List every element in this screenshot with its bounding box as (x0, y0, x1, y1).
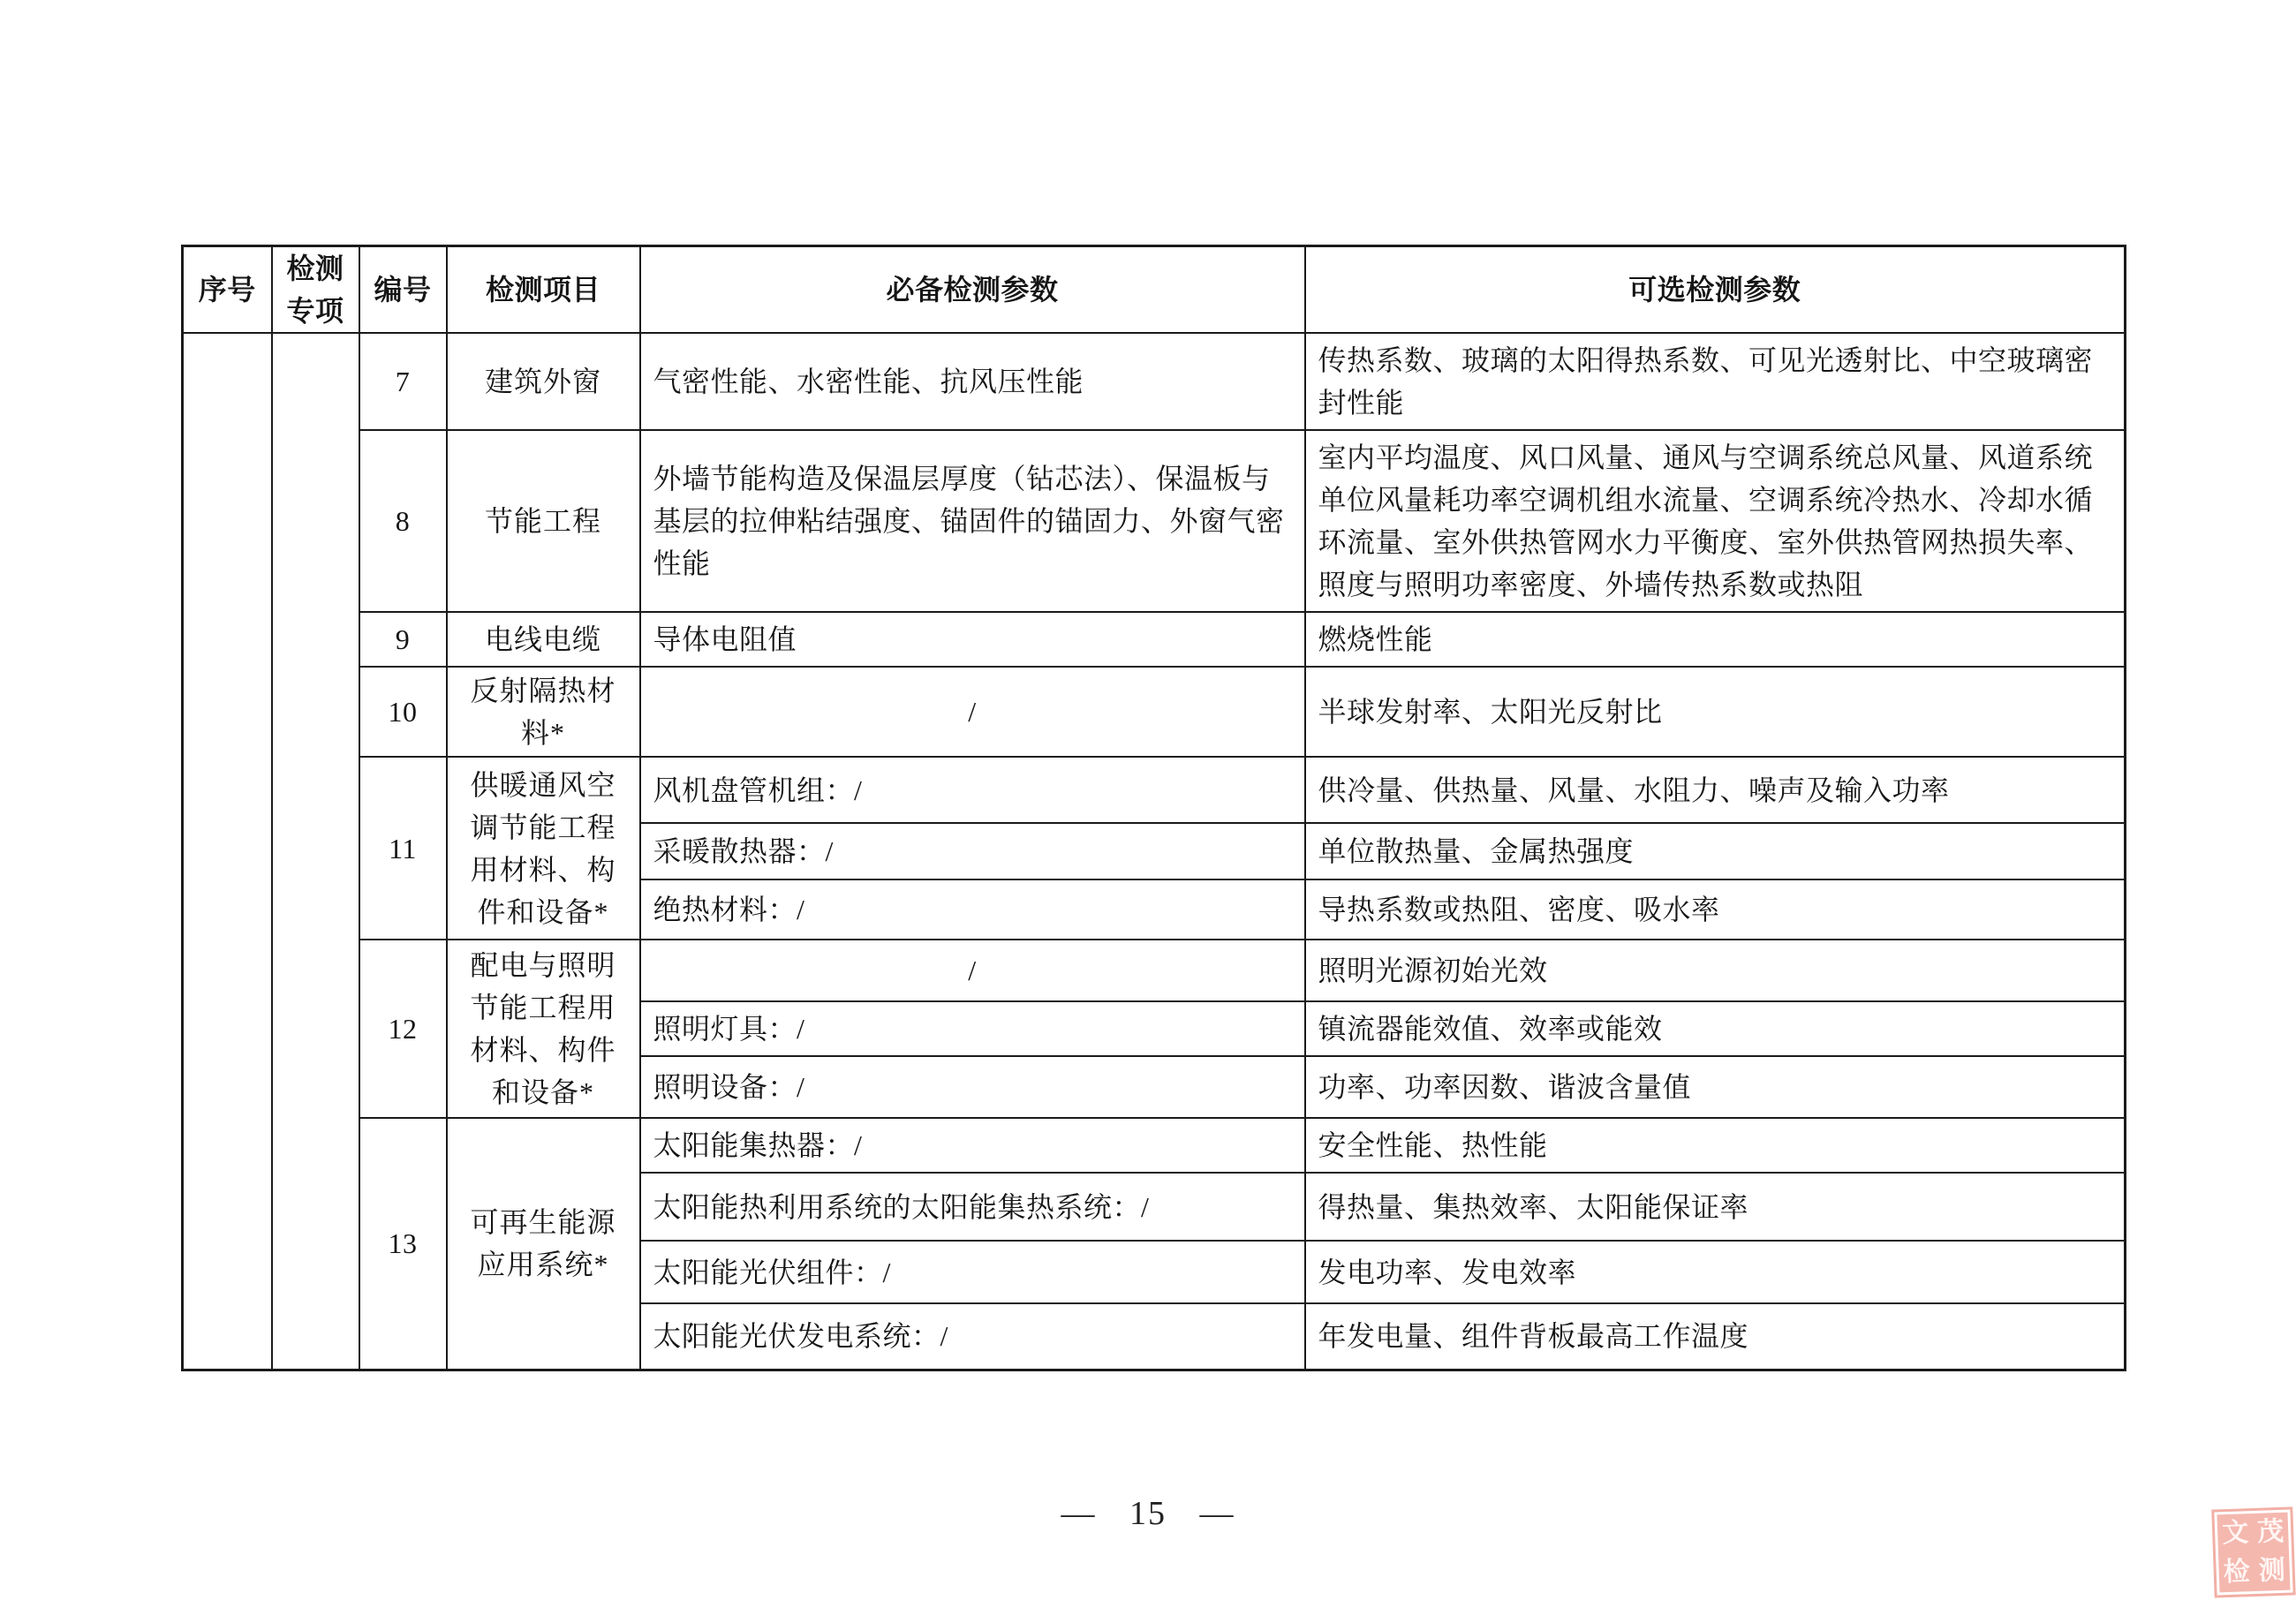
stamp-char: 文 (2222, 1520, 2249, 1547)
col-header-no: 编号 (359, 246, 447, 334)
cell-item-name: 可再生能源应用系统* (447, 1118, 640, 1370)
cell-required-params-slash: / (640, 667, 1305, 757)
cell-required-params: 太阳能热利用系统的太阳能集热系统：/ (640, 1173, 1305, 1241)
cell-seq-group-empty (183, 333, 272, 1370)
stamp-char: 茂 (2257, 1519, 2285, 1546)
cell-optional-params: 功率、功率因数、谐波含量值 (1305, 1056, 2126, 1118)
cell-item-name: 供暖通风空调节能工程用材料、构件和设备* (447, 757, 640, 940)
cell-required-params: 外墙节能构造及保温层厚度（钻芯法）、保温板与基层的拉伸粘结强度、锚固件的锚固力、… (640, 430, 1305, 612)
cell-row-no: 12 (359, 940, 447, 1118)
cell-row-no: 7 (359, 333, 447, 430)
cell-required-params: 风机盘管机组：/ (640, 757, 1305, 823)
cell-optional-params: 燃烧性能 (1305, 612, 2126, 667)
cell-optional-params: 发电功率、发电效率 (1305, 1241, 2126, 1303)
table-row: 9 电线电缆 导体电阻值 燃烧性能 (183, 612, 2126, 667)
table-row: 12 配电与照明节能工程用材料、构件和设备* / 照明光源初始光效 (183, 940, 2126, 1001)
cell-row-no: 10 (359, 667, 447, 757)
company-seal-stamp-face: 文 茂 检 测 (2217, 1513, 2290, 1593)
cell-item-name: 配电与照明节能工程用材料、构件和设备* (447, 940, 640, 1118)
table-row: 13 可再生能源应用系统* 太阳能集热器：/ 安全性能、热性能 (183, 1118, 2126, 1173)
cell-optional-params: 单位散热量、金属热强度 (1305, 823, 2126, 879)
cell-optional-params: 照明光源初始光效 (1305, 940, 2126, 1001)
cell-optional-params: 年发电量、组件背板最高工作温度 (1305, 1303, 2126, 1370)
cell-required-params: 照明设备：/ (640, 1056, 1305, 1118)
cell-optional-params: 镇流器能效值、效率或能效 (1305, 1001, 2126, 1056)
stamp-char: 检 (2223, 1559, 2250, 1586)
col-header-seq: 序号 (183, 246, 272, 334)
cell-required-params: 照明灯具：/ (640, 1001, 1305, 1056)
inspection-parameters-table-wrap: 序号 检测专项 编号 检测项目 必备检测参数 可选检测参数 7 建筑外窗 气密性… (181, 245, 2126, 1371)
cell-required-params: 采暖散热器：/ (640, 823, 1305, 879)
document-page: { "table": { "headers": { "seq": "序号", "… (0, 0, 2296, 1623)
table-row: 10 反射隔热材料* / 半球发射率、太阳光反射比 (183, 667, 2126, 757)
cell-row-no: 11 (359, 757, 447, 940)
table-row: 11 供暖通风空调节能工程用材料、构件和设备* 风机盘管机组：/ 供冷量、供热量… (183, 757, 2126, 823)
cell-item-name: 反射隔热材料* (447, 667, 640, 757)
stamp-char: 测 (2258, 1558, 2285, 1585)
cell-required-params: 太阳能光伏组件：/ (640, 1241, 1305, 1303)
cell-optional-params: 得热量、集热效率、太阳能保证率 (1305, 1173, 2126, 1241)
company-seal-stamp: 文 茂 检 测 (2211, 1506, 2295, 1597)
page-number: — 15 — (0, 1494, 2296, 1533)
cell-row-no: 9 (359, 612, 447, 667)
cell-optional-params: 室内平均温度、风口风量、通风与空调系统总风量、风道系统单位风量耗功率空调机组水流… (1305, 430, 2126, 612)
cell-optional-params: 传热系数、玻璃的太阳得热系数、可见光透射比、中空玻璃密封性能 (1305, 333, 2126, 430)
cell-item-name: 建筑外窗 (447, 333, 640, 430)
col-header-special: 检测专项 (272, 246, 359, 334)
cell-required-params: 气密性能、水密性能、抗风压性能 (640, 333, 1305, 430)
table-row: 8 节能工程 外墙节能构造及保温层厚度（钻芯法）、保温板与基层的拉伸粘结强度、锚… (183, 430, 2126, 612)
col-header-required: 必备检测参数 (640, 246, 1305, 334)
cell-optional-params: 安全性能、热性能 (1305, 1118, 2126, 1173)
cell-optional-params: 供冷量、供热量、风量、水阻力、噪声及输入功率 (1305, 757, 2126, 823)
inspection-parameters-table: 序号 检测专项 编号 检测项目 必备检测参数 可选检测参数 7 建筑外窗 气密性… (181, 245, 2126, 1371)
table-row: 7 建筑外窗 气密性能、水密性能、抗风压性能 传热系数、玻璃的太阳得热系数、可见… (183, 333, 2126, 430)
cell-required-params: 导体电阻值 (640, 612, 1305, 667)
cell-required-params: 太阳能集热器：/ (640, 1118, 1305, 1173)
col-header-optional: 可选检测参数 (1305, 246, 2126, 334)
cell-required-params: 绝热材料：/ (640, 879, 1305, 940)
cell-item-name: 电线电缆 (447, 612, 640, 667)
cell-special-group-empty (272, 333, 359, 1370)
cell-row-no: 8 (359, 430, 447, 612)
table-header-row: 序号 检测专项 编号 检测项目 必备检测参数 可选检测参数 (183, 246, 2126, 334)
col-header-item: 检测项目 (447, 246, 640, 334)
cell-optional-params: 导热系数或热阻、密度、吸水率 (1305, 879, 2126, 940)
cell-item-name: 节能工程 (447, 430, 640, 612)
cell-required-params-slash: / (640, 940, 1305, 1001)
cell-optional-params: 半球发射率、太阳光反射比 (1305, 667, 2126, 757)
cell-row-no: 13 (359, 1118, 447, 1370)
cell-required-params: 太阳能光伏发电系统：/ (640, 1303, 1305, 1370)
